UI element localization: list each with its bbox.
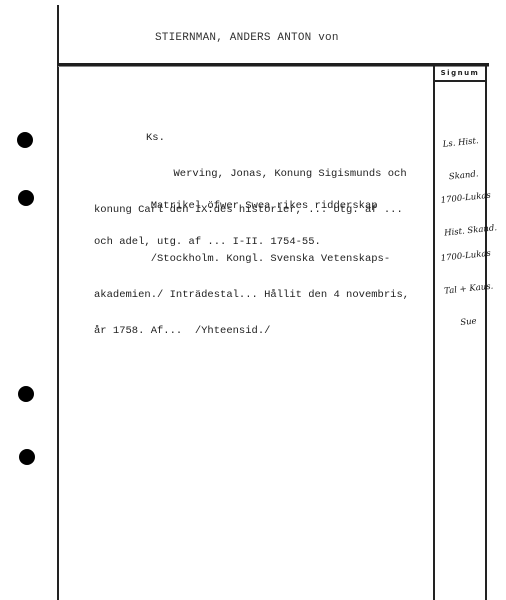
signum-line: Tal + Kaus. — [444, 281, 495, 297]
catalog-entry: /Stockholm. Kongl. Svenska Vetenskaps- a… — [94, 229, 409, 361]
signum-line: Ls. Hist. — [442, 136, 479, 151]
signum-line: 1700-Lukas — [440, 249, 491, 265]
signum-line: 1700-Lukas — [440, 190, 494, 206]
header-rule-shadow — [58, 66, 489, 67]
entry-line: Matrikel öfwer Swea rikes ridderskap — [94, 200, 378, 212]
entry-line: år 1758. Af... /Yhteensid./ — [94, 325, 409, 337]
entry-line: /Stockholm. Kongl. Svenska Vetenskaps- — [94, 253, 409, 265]
signum-line: Sue — [447, 314, 498, 330]
punch-hole — [18, 190, 34, 206]
punch-hole — [19, 449, 35, 465]
entry-line: akademien./ Inträdestal... Hållit den 4 … — [94, 289, 409, 301]
catalog-card: STIERNMAN, ANDERS ANTON von Signum Ks. W… — [0, 0, 506, 600]
punch-hole — [17, 132, 33, 148]
punch-hole — [18, 386, 34, 402]
signum-header: Signum — [435, 66, 485, 82]
entry-line: Ks. — [94, 132, 407, 144]
left-margin-rule — [57, 5, 59, 600]
card-heading: STIERNMAN, ANDERS ANTON von — [155, 32, 339, 44]
